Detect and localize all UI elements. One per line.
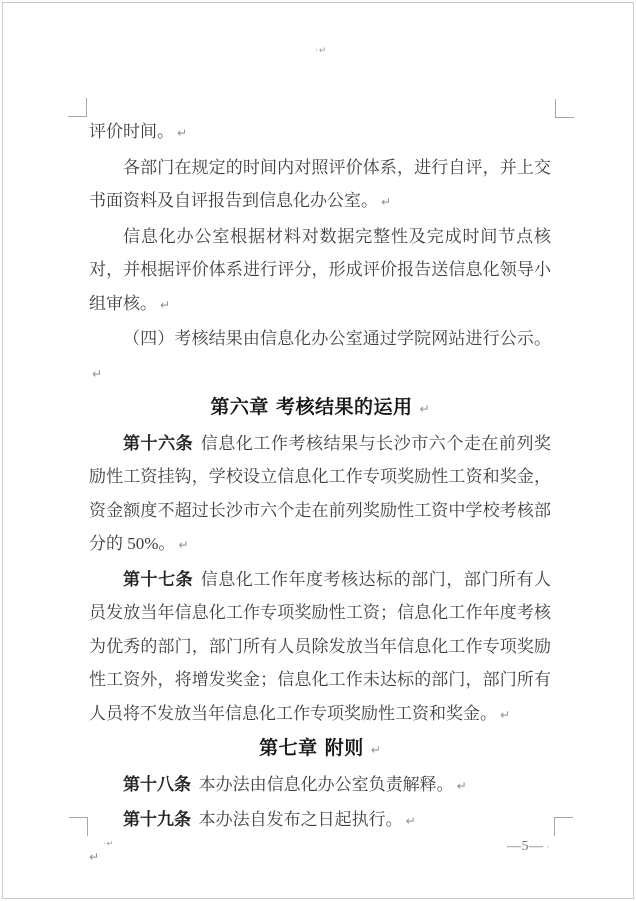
pilcrow-mark: ↵ (89, 850, 99, 864)
pilcrow-mark: ↵ (177, 126, 187, 140)
page-frame: ·↵ 评价时间。↵ 各部门在规定的时间内对照评价体系，进行自评，并上交书面资料及… (2, 2, 634, 899)
pilcrow-mark: ↵ (500, 708, 510, 722)
article-number: 第十七条 (123, 570, 193, 589)
margin-corner-mark-top-right (555, 99, 574, 118)
margin-corner-mark-bottom-right (554, 817, 573, 836)
pilcrow-mark: ↵ (178, 538, 188, 552)
page-number: —5— (507, 839, 544, 854)
paragraph: 信息化办公室根据材料对数据完整性及完成时间节点核对，并根据评价体系进行评分，形成… (89, 220, 551, 323)
footer-trailing-dot: · (547, 842, 551, 852)
chapter-heading-text: 第七章 附则 (259, 737, 364, 759)
paragraph-text: 各部门在规定的时间内对照评价体系，进行自评，并上交书面资料及自评报告到信息化办公… (89, 158, 551, 211)
paragraph-text: 信息化工作年度考核达标的部门，部门所有人员发放当年信息化工作专项奖励性工资；信息… (89, 570, 551, 723)
article-number: 第十六条 (123, 434, 193, 453)
paragraph-text: 评价时间。 (89, 122, 174, 141)
pilcrow-mark: ↵ (420, 402, 430, 416)
paragraph-text: （四）考核结果由信息化办公室通过学院网站进行公示。 (123, 329, 551, 348)
footer-left-mark: ·↵ (103, 839, 114, 848)
pilcrow-mark: ↵ (371, 743, 381, 757)
chapter-heading: 第七章 附则↵ (89, 732, 551, 768)
paragraph: 第十八条本办法由信息化办公室负责解释。↵ (89, 768, 551, 804)
paragraph: 第十六条信息化工作考核结果与长沙市六个走在前列奖励性工资挂钩，学校设立信息化工作… (89, 427, 551, 563)
paragraph-text: 本办法自发布之日起执行。 (199, 810, 403, 829)
article-number: 第十九条 (123, 810, 191, 829)
margin-corner-mark-bottom-left (69, 817, 88, 836)
scanned-document-page: { "page": { "header_mark": "·↵", "footer… (0, 0, 636, 901)
pilcrow-mark: ↵ (160, 298, 170, 312)
paragraph-text: 信息化办公室根据材料对数据完整性及完成时间节点核对，并根据评价体系进行评分，形成… (89, 227, 551, 313)
page-footer: —5—· (507, 840, 550, 854)
pilcrow-mark: ↵ (92, 367, 102, 381)
pilcrow-mark: ↵ (381, 195, 391, 209)
paragraph-text: 本办法由信息化办公室负责解释。 (199, 775, 454, 794)
paragraph: 评价时间。↵ (89, 115, 551, 151)
paragraph: 各部门在规定的时间内对照评价体系，进行自评，并上交书面资料及自评报告到信息化办公… (89, 151, 551, 220)
pilcrow-mark: ↵ (406, 814, 416, 828)
margin-corner-mark-top-left (68, 98, 87, 117)
header-pilcrow-mark: ·↵ (315, 47, 327, 56)
chapter-heading: 第六章 考核结果的运用↵ (89, 391, 551, 427)
paragraph: （四）考核结果由信息化办公室通过学院网站进行公示。↵ (89, 322, 551, 391)
pilcrow-mark: ↵ (457, 779, 467, 793)
paragraph: 第十九条本办法自发布之日起执行。↵ (89, 803, 551, 839)
chapter-heading-text: 第六章 考核结果的运用 (210, 396, 412, 418)
empty-paragraph: ↵ (89, 839, 551, 873)
paragraph: 第十七条信息化工作年度考核达标的部门，部门所有人员发放当年信息化工作专项奖励性工… (89, 563, 551, 733)
article-number: 第十八条 (123, 775, 191, 794)
document-body: 评价时间。↵ 各部门在规定的时间内对照评价体系，进行自评，并上交书面资料及自评报… (89, 115, 551, 872)
